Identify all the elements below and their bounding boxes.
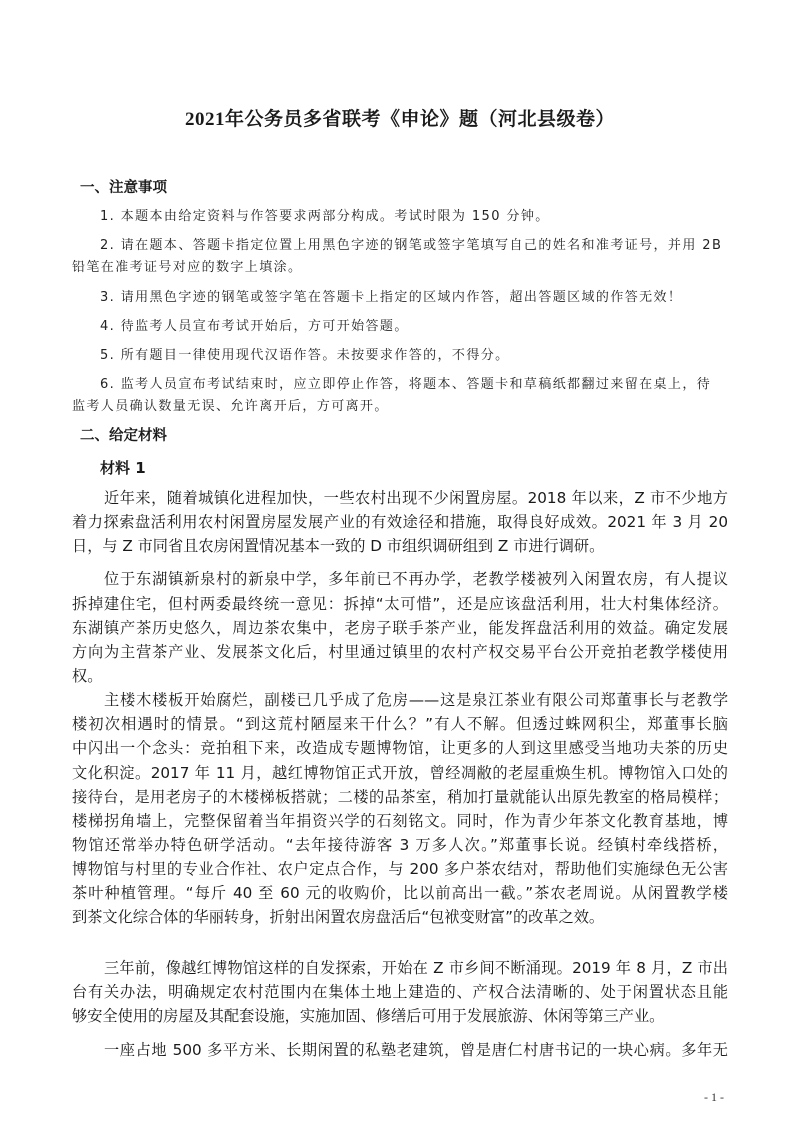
paragraph-3-line: 楼初次相遇时的情景。“到这荒村陋屋来干什么？”有人不解。但透过蛛网积尘，郑董事长… — [72, 714, 728, 734]
notice-item-6-cont: 监考人员确认数量无误、允许离开后，方可离开。 — [72, 398, 728, 416]
paragraph-4-line: 台有关办法，明确规定农村范围内在集体土地上建造的、产权合法清晰的、处于闲置状态且… — [72, 982, 728, 1002]
paragraph-3-line: 博物馆与村里的专业合作社、农户定点合作，与 200 多户茶农结对，帮助他们实施绿… — [72, 859, 728, 879]
paragraph-3-line: 茶叶种植管理。“每斤 40 至 60 元的收购价，比以前高出一截。”茶农老周说。… — [72, 883, 728, 903]
paragraph-3-line: 到茶文化综合体的华丽转身，折射出闲置农房盘活后“包袱变财富”的改革之效。 — [72, 907, 728, 927]
paragraph-2-line: 东湖镇产茶历史悠久，周边茶农集中，老房子联手茶产业，能发挥盘活利用的效益。确定发… — [72, 618, 728, 638]
paragraph-3-line: 中闪出一个念头：竞拍租下来，改造成专题博物馆，让更多的人到这里感受当地功夫茶的历… — [72, 738, 728, 758]
paragraph-3-line: 接待台，是用老房子的木楼梯板搭就；二楼的品茶室，稍加打量就能认出原先教室的格局模… — [72, 787, 728, 807]
document-title: 2021年公务员多省联考《申论》题（河北县级卷） — [72, 107, 728, 133]
paragraph-2-line: 方向为主营茶产业、发展茶文化后，村里通过镇里的农村产权交易平台公开竞拍老教学楼使… — [72, 642, 728, 662]
paragraph-5-line: 一座占地 500 多平方米、长期闲置的私塾老建筑，曾是唐仁村唐书记的一块心病。多… — [72, 1040, 728, 1060]
paragraph-2-line: 位于东湖镇新泉村的新泉中学，多年前已不再办学，老教学楼被列入闲置农房，有人提议 — [72, 569, 728, 589]
notice-item-3: 3. 请用黑色字迹的钢笔或签字笔在答题卡上指定的区域内作答，超出答题区域的作答无… — [72, 289, 728, 307]
notice-item-6: 6. 监考人员宣布考试结束时，应立即停止作答，将题本、答题卡和草稿纸都翻过来留在… — [72, 376, 728, 394]
paragraph-3-line: 楼梯拐角墙上，完整保留着当年捐资兴学的石刻铭文。同时，作为青少年茶文化教育基地，… — [72, 811, 728, 831]
paragraph-4-line: 够安全使用的房屋及其配套设施，实施加固、修缮后可用于发展旅游、休闲等第三产业。 — [72, 1006, 728, 1026]
paragraph-3-line: 物馆还常举办特色研学活动。“去年接待游客 3 万多人次。”郑董事长说。经镇村牵线… — [72, 835, 728, 855]
paragraph-1-line: 近年来，随着城镇化进程加快，一些农村出现不少闲置房屋。2018 年以来，Z 市不… — [72, 488, 728, 508]
paragraph-2-line: 拆掉建住宅，但村两委最终统一意见：拆掉“太可惜”，还是应该盘活利用，壮大村集体经… — [72, 594, 728, 614]
section-heading-materials: 二、给定材料 — [80, 426, 167, 446]
paragraph-2-line: 权。 — [72, 666, 728, 686]
section-heading-notice: 一、注意事项 — [80, 178, 167, 198]
notice-item-1: 1. 本题本由给定资料与作答要求两部分构成。考试时限为 150 分钟。 — [72, 208, 728, 226]
paragraph-1-line: 着力探索盘活利用农村闲置房屋发展产业的有效途径和措施，取得良好成效。2021 年… — [72, 512, 728, 532]
notice-item-2: 2. 请在题本、答题卡指定位置上用黑色字迹的钢笔或签字笔填写自己的姓名和准考证号… — [72, 237, 728, 255]
paragraph-4-line: 三年前，像越红博物馆这样的自发探索，开始在 Z 市乡间不断涌现。2019 年 8… — [72, 958, 728, 978]
page-number: - 1 - — [704, 1090, 724, 1105]
notice-item-2-cont: 铅笔在准考证号对应的数字上填涂。 — [72, 259, 728, 277]
notice-item-5: 5. 所有题目一律使用现代汉语作答。未按要求作答的，不得分。 — [72, 347, 728, 365]
paragraph-1-line: 日，与 Z 市同省且农房闲置情况基本一致的 D 市组织调研组到 Z 市进行调研。 — [72, 536, 728, 556]
material-1-title: 材料 1 — [100, 458, 146, 478]
paragraph-3-line: 主楼木楼板开始腐烂，副楼已几乎成了危房——这是泉江茶业有限公司郑董事长与老教学 — [72, 690, 728, 710]
paragraph-3-line: 文化积淀。2017 年 11 月，越红博物馆正式开放，曾经凋敝的老屋重焕生机。博… — [72, 763, 728, 783]
notice-item-4: 4. 待监考人员宣布考试开始后，方可开始答题。 — [72, 318, 728, 336]
